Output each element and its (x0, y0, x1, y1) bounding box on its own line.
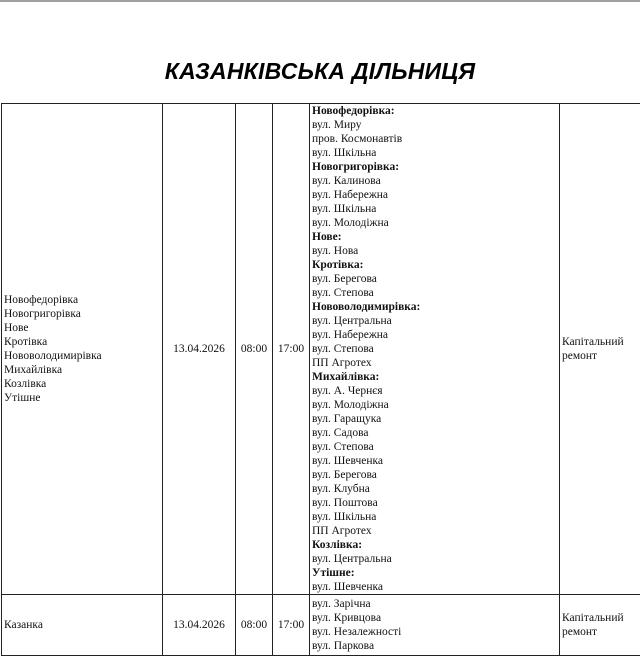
list-item: Козлівка (4, 377, 160, 391)
settlement-heading: Новогригорівка: (312, 160, 557, 174)
street-item: вул. Клубна (312, 482, 557, 496)
street-item: вул. Берегова (312, 272, 557, 286)
list-item: Капітальний (562, 611, 638, 625)
street-item: вул. Калинова (312, 174, 557, 188)
street-item: вул. Гаращука (312, 412, 557, 426)
list-item: Утішне (4, 391, 160, 405)
reason-cell: Капітальнийремонт (560, 104, 640, 595)
streets-cell: Новофедорівка:вул. Мирупров. Космонавтів… (310, 104, 560, 595)
table-row: Казанка13.04.202608:0017:00вул. Зарічнав… (2, 595, 640, 656)
street-item: вул. Центральна (312, 314, 557, 328)
list-item: ремонт (562, 349, 638, 363)
street-item: вул. Набережна (312, 188, 557, 202)
list-item: Новогригорівка (4, 307, 160, 321)
list-item: Нове (4, 321, 160, 335)
street-item: вул. Миру (312, 118, 557, 132)
list-item: Михайлівка (4, 363, 160, 377)
street-item: вул. Садова (312, 426, 557, 440)
street-item: пров. Космонавтів (312, 132, 557, 146)
street-item: ПП Агротех (312, 524, 557, 538)
street-item: вул. Центральна (312, 552, 557, 566)
villages-cell: НовофедорівкаНовогригорівкаНовеКротівкаН… (2, 104, 163, 595)
end-time-cell: 17:00 (273, 595, 310, 656)
list-item: Капітальний (562, 335, 638, 349)
street-item: вул. Молодіжна (312, 216, 557, 230)
settlement-heading: Козлівка: (312, 538, 557, 552)
date-cell: 13.04.2026 (163, 104, 236, 595)
street-item: вул. Шкільна (312, 510, 557, 524)
list-item: ремонт (562, 625, 638, 639)
list-item: Казанка (4, 618, 160, 632)
street-item: вул. Поштова (312, 496, 557, 510)
top-divider (0, 0, 640, 2)
street-item: вул. Шевченка (312, 580, 557, 594)
street-item: вул. Нова (312, 244, 557, 258)
street-item: вул. Паркова (312, 639, 557, 653)
street-item: вул. Степова (312, 286, 557, 300)
street-item: вул. Степова (312, 440, 557, 454)
list-item: Новофедорівка (4, 293, 160, 307)
page-title: КАЗАНКІВСЬКА ДІЛЬНИЦЯ (0, 58, 640, 85)
street-item: вул. Кривцова (312, 611, 557, 625)
list-item: Кротівка (4, 335, 160, 349)
street-item: вул. Степова (312, 342, 557, 356)
street-item: вул. Шкільна (312, 202, 557, 216)
settlement-heading: Утішне: (312, 566, 557, 580)
street-item: вул. Незалежності (312, 625, 557, 639)
settlement-heading: Кротівка: (312, 258, 557, 272)
villages-cell: Казанка (2, 595, 163, 656)
street-item: вул. Молодіжна (312, 398, 557, 412)
table-row: НовофедорівкаНовогригорівкаНовеКротівкаН… (2, 104, 640, 595)
street-item: вул. Берегова (312, 468, 557, 482)
reason-cell: Капітальнийремонт (560, 595, 640, 656)
street-item: вул. Набережна (312, 328, 557, 342)
street-item: ПП Агротех (312, 356, 557, 370)
settlement-heading: Нововолодимирівка: (312, 300, 557, 314)
street-item: вул. Зарічна (312, 597, 557, 611)
start-time-cell: 08:00 (236, 104, 273, 595)
street-item: вул. А. Чернєя (312, 384, 557, 398)
settlement-heading: Новофедорівка: (312, 104, 557, 118)
settlement-heading: Михайлівка: (312, 370, 557, 384)
end-time-cell: 17:00 (273, 104, 310, 595)
settlement-heading: Нове: (312, 230, 557, 244)
list-item: Нововолодимирівка (4, 349, 160, 363)
streets-cell: вул. Зарічнавул. Кривцовавул. Незалежнос… (310, 595, 560, 656)
date-cell: 13.04.2026 (163, 595, 236, 656)
street-item: вул. Шкільна (312, 146, 557, 160)
start-time-cell: 08:00 (236, 595, 273, 656)
outage-schedule-table: НовофедорівкаНовогригорівкаНовеКротівкаН… (1, 103, 640, 656)
street-item: вул. Шевченка (312, 454, 557, 468)
